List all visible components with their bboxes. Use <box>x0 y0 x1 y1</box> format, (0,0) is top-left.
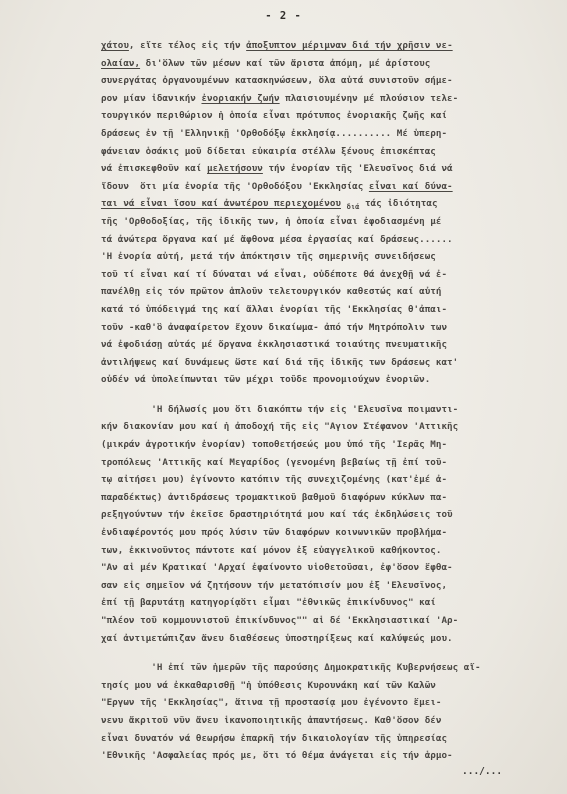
text-segment: "Αν αἱ μέν Κρατικαί 'Αρχαί ἐφαίνοντο υἱο… <box>101 562 453 573</box>
text-line: νά ἐφοδιάσῃ αὐτάς μέ ὄργανα ἐκκλησιαστικ… <box>101 336 553 354</box>
text-line: τῳ αἰτήσει μου) ἐγίνοντο κατόπιν τῆς συν… <box>101 471 553 489</box>
text-line: "Αν αἱ μέν Κρατικαί 'Αρχαί ἐφαίνοντο υἱο… <box>101 559 553 577</box>
text-segment: τροπόλεως 'Αττικῆς καί Μεγαρίδος (γενομέ… <box>101 457 447 468</box>
text-segment: τάς ἰδιότητας <box>359 198 437 209</box>
text-segment: τήν ἐνορίαν τῆς 'Ελευσῖνος διά νά <box>263 163 453 174</box>
text-segment: ἴδουν ὅτι μία ἐνορία τῆς 'Ορθοδόξου 'Εκκ… <box>101 181 369 192</box>
continuation-mark: .../... <box>462 766 502 777</box>
text-segment: νά ἐπισκεφθοῦν καί <box>101 163 207 174</box>
text-segment: (μικράν ἀγροτικήν ἐνορίαν) τοποθετήσεώς … <box>101 439 447 450</box>
text-segment: , εἴτε τέλος εἰς τήν <box>129 40 246 51</box>
text-line: τοῦ τί εἶναι καί τί δύναται νά εἶναι, οὐ… <box>101 266 553 284</box>
text-line: ρον μίαν ἰδανικήν ἐνοριακήν ζωήν πλαισιο… <box>101 90 553 108</box>
text-segment: πανέλθῃ εἰς τόν πρῶτον ἁπλοῦν τελετουργι… <box>101 286 441 297</box>
text-line: κατά τό ὑπόδειγμά της καί ἄλλαι ἐνορίαι … <box>101 301 553 319</box>
text-segment: "πλέον τοῦ κομμουνιστοῦ ἐπικίνδυνος"" αἱ… <box>101 615 458 626</box>
text-line: τῆς 'Ορθοδοξίας, τῆς ἰδικῆς των, ἡ ὁποία… <box>101 213 553 231</box>
text-segment: εἶναι δυνατόν νά θεωρήσω ἐπαρκῆ τήν δικα… <box>101 733 447 744</box>
text-line: ρεξηγούντων τήν ἐκεῖσε δραστηριότητά μου… <box>101 506 553 524</box>
text-line: των, ἐκκινοῦντος πάντοτε καί μόνον ἐξ εὐ… <box>101 542 553 560</box>
text-segment: των, ἐκκινοῦντος πάντοτε καί μόνον ἐξ εὐ… <box>101 545 441 556</box>
text-segment: νά ἐφοδιάσῃ αὐτάς μέ ὄργανα ἐκκλησιαστικ… <box>101 339 447 350</box>
text-segment: φάνειαν ὁσάκις μοῦ δίδεται εὐκαιρία στέλ… <box>101 146 436 157</box>
text-line: νενυ ἄκριτοῦ νῦν ἄνευ ἱκανοποιητικῆς ἀπα… <box>101 712 553 730</box>
text-segment: τησίς μου νά ἐκκαθαρισθῇ "ἡ ὑπόθεσις Κυρ… <box>101 680 436 691</box>
text-line: "Εργων τῆς 'Εκκλησίας", ἅτινα τῇ προστασ… <box>101 694 553 712</box>
text-segment: ἀντιλήψεως καί δυνάμεως ὥστε καί διά τῆς… <box>101 357 458 368</box>
text-segment: δράσεως ἐν τῇ 'Ελληνικῇ 'Ορθοδόξῳ ἐκκλησ… <box>101 128 447 139</box>
text-segment: νενυ ἄκριτοῦ νῦν ἄνευ ἱκανοποιητικῆς ἀπα… <box>101 715 441 726</box>
text-line: ἀντιλήψεως καί δυνάμεως ὥστε καί διά τῆς… <box>101 354 553 372</box>
text-segment: οὐδέν νά ὑπολείπωνται τῶν μέχρι τοῦδε πρ… <box>101 374 430 385</box>
text-line: ἴδουν ὅτι μία ἐνορία τῆς 'Ορθοδόξου 'Εκκ… <box>101 178 553 196</box>
text-line: τησίς μου νά ἐκκαθαρισθῇ "ἡ ὑπόθεσις Κυρ… <box>101 677 553 695</box>
text-line: εἶναι δυνατόν νά θεωρήσω ἐπαρκῆ τήν δικα… <box>101 730 553 748</box>
text-line: (μικράν ἀγροτικήν ἐνορίαν) τοποθετήσεώς … <box>101 436 553 454</box>
text-line: δράσεως ἐν τῇ 'Ελληνικῇ 'Ορθοδόξῳ ἐκκλησ… <box>101 125 553 143</box>
underlined-text: ἀποξυπτον μέριμναν διά τήν χρῆσιν νε- <box>246 40 453 51</box>
underlined-text: ται νά εἶναι ἴσου καί ἀνωτέρου περιεχομέ… <box>101 198 341 209</box>
text-segment: παραδέκτως) ἀντιδράσεως τρομακτικοῦ βαθμ… <box>101 492 447 503</box>
text-line: 'Η ἐπί τῶν ἡμερῶν τῆς παρούσης Δημοκρατι… <box>101 659 553 677</box>
text-segment: τουργικόν περιθώριον ἡ ὁποία εἶναι πρότυ… <box>101 110 447 121</box>
text-segment: ἐνδιαφέροντός μου πρός λύσιν τῶν διαφόρω… <box>101 527 447 538</box>
text-segment: 'Εθνικῆς 'Ασφαλείας πρός με, ὅτι τό θέμα… <box>101 750 453 761</box>
text-line: φάνειαν ὁσάκις μοῦ δίδεται εὐκαιρία στέλ… <box>101 143 553 161</box>
text-segment: πλαισιουμένην μέ πλούσιον τελε- <box>280 93 459 104</box>
text-line: νά ἐπισκεφθοῦν καί μελετήσουν τήν ἐνορία… <box>101 160 553 178</box>
text-segment: χαί ἀντιμετώπιζαν ἄνευ διαθέσεως ὑποστηρ… <box>101 633 453 644</box>
text-line: τροπόλεως 'Αττικῆς καί Μεγαρίδος (γενομέ… <box>101 454 553 472</box>
text-line: ολαίαν, δι'ὅλων τῶν μέσων καί τῶν ἄριστα… <box>101 55 553 73</box>
text-line: 'Εθνικῆς 'Ασφαλείας πρός με, ὅτι τό θέμα… <box>101 747 553 765</box>
text-segment: συνεργάτας ὀργανουμένων κατασκηνώσεων, ὅ… <box>101 75 453 86</box>
underlined-text: μελετήσουν <box>207 163 263 174</box>
underlined-text: χάτου <box>101 40 129 51</box>
text-line: σαν εἰς σημεῖον νά ζητήσουν τήν μετατόπι… <box>101 577 553 595</box>
text-line: 'Η δήλωσίς μου ὅτι διακόπτω τήν εἰς 'Ελε… <box>101 401 553 419</box>
text-segment: κήν διακονίαν μου καί ἡ ἀποδοχή τῆς εἰς … <box>101 421 458 432</box>
text-line: "πλέον τοῦ κομμουνιστοῦ ἐπικίνδυνος"" αἱ… <box>101 612 553 630</box>
text-segment: τοῦ τί εἶναι καί τί δύναται νά εἶναι, οὐ… <box>101 269 447 280</box>
text-segment <box>341 198 347 209</box>
text-line: κήν διακονίαν μου καί ἡ ἀποδοχή τῆς εἰς … <box>101 418 553 436</box>
text-line: οὐδέν νά ὑπολείπωνται τῶν μέχρι τοῦδε πρ… <box>101 371 553 389</box>
text-segment: ἐπί τῇ βαρυτάτῃ κατηγορίᾳὅτι εἶμαι "ἐθνι… <box>101 597 436 608</box>
text-segment: τῆς 'Ορθοδοξίας, τῆς ἰδικῆς των, ἡ ὁποία… <box>101 216 441 227</box>
text-line: παραδέκτως) ἀντιδράσεως τρομακτικοῦ βαθμ… <box>101 489 553 507</box>
page-number: - 2 - <box>0 10 567 22</box>
text-segment: σαν εἰς σημεῖον νά ζητήσουν τήν μετατόπι… <box>101 580 447 591</box>
text-segment: 'Η δήλωσίς μου ὅτι διακόπτω τήν εἰς 'Ελε… <box>101 404 458 415</box>
text-segment: ρον μίαν ἰδανικήν <box>101 93 201 104</box>
underlined-text: ἐνοριακήν ζωήν <box>201 93 279 104</box>
text-line: πανέλθῃ εἰς τόν πρῶτον ἁπλοῦν τελετουργι… <box>101 283 553 301</box>
underlined-text: εἶναι καί δύνα- <box>369 181 453 192</box>
text-segment: διά <box>347 203 360 211</box>
text-line: ἐνδιαφέροντός μου πρός λύσιν τῶν διαφόρω… <box>101 524 553 542</box>
text-segment: ρεξηγούντων τήν ἐκεῖσε δραστηριότητά μου… <box>101 509 453 520</box>
text-segment: 'Η ἐνορία αὐτή, μετά τήν ἀπόκτησιν τῆς σ… <box>101 251 436 262</box>
text-line: χάτου, εἴτε τέλος εἰς τήν ἀποξυπτον μέρι… <box>101 37 553 55</box>
text-line: ἐπί τῇ βαρυτάτῃ κατηγορίᾳὅτι εἶμαι "ἐθνι… <box>101 594 553 612</box>
text-line: τά ἀνώτερα ὄργανα καί μέ ἄφθονα μέσα ἐργ… <box>101 231 553 249</box>
underlined-text: ολαίαν, <box>101 58 140 69</box>
text-segment: κατά τό ὑπόδειγμά της καί ἄλλαι ἐνορίαι … <box>101 304 447 315</box>
text-segment: τῳ αἰτήσει μου) ἐγίνοντο κατόπιν τῆς συν… <box>101 474 447 485</box>
text-line: τουργικόν περιθώριον ἡ ὁποία εἶναι πρότυ… <box>101 107 553 125</box>
text-segment: τοῦν -καθ'ὃ ἀναφαίρετον ἔχουν δικαίωμα- … <box>101 322 447 333</box>
text-segment: 'Η ἐπί τῶν ἡμερῶν τῆς παρούσης Δημοκρατι… <box>101 662 481 673</box>
text-line: 'Η ἐνορία αὐτή, μετά τήν ἀπόκτησιν τῆς σ… <box>101 248 553 266</box>
text-line: συνεργάτας ὀργανουμένων κατασκηνώσεων, ὅ… <box>101 72 553 90</box>
text-line: τοῦν -καθ'ὃ ἀναφαίρετον ἔχουν δικαίωμα- … <box>101 319 553 337</box>
text-segment: "Εργων τῆς 'Εκκλησίας", ἅτινα τῇ προστασ… <box>101 697 441 708</box>
typewritten-body: χάτου, εἴτε τέλος εἰς τήν ἀποξυπτον μέρι… <box>101 37 553 765</box>
text-line: χαί ἀντιμετώπιζαν ἄνευ διαθέσεως ὑποστηρ… <box>101 630 553 648</box>
text-line: ται νά εἶναι ἴσου καί ἀνωτέρου περιεχομέ… <box>101 195 553 213</box>
document-page: - 2 - χάτου, εἴτε τέλος εἰς τήν ἀποξυπτο… <box>0 0 567 794</box>
text-segment: τά ἀνώτερα ὄργανα καί μέ ἄφθονα μέσα ἐργ… <box>101 234 453 245</box>
text-segment: δι'ὅλων τῶν μέσων καί τῶν ἄριστα ἀπόμη, … <box>140 58 430 69</box>
